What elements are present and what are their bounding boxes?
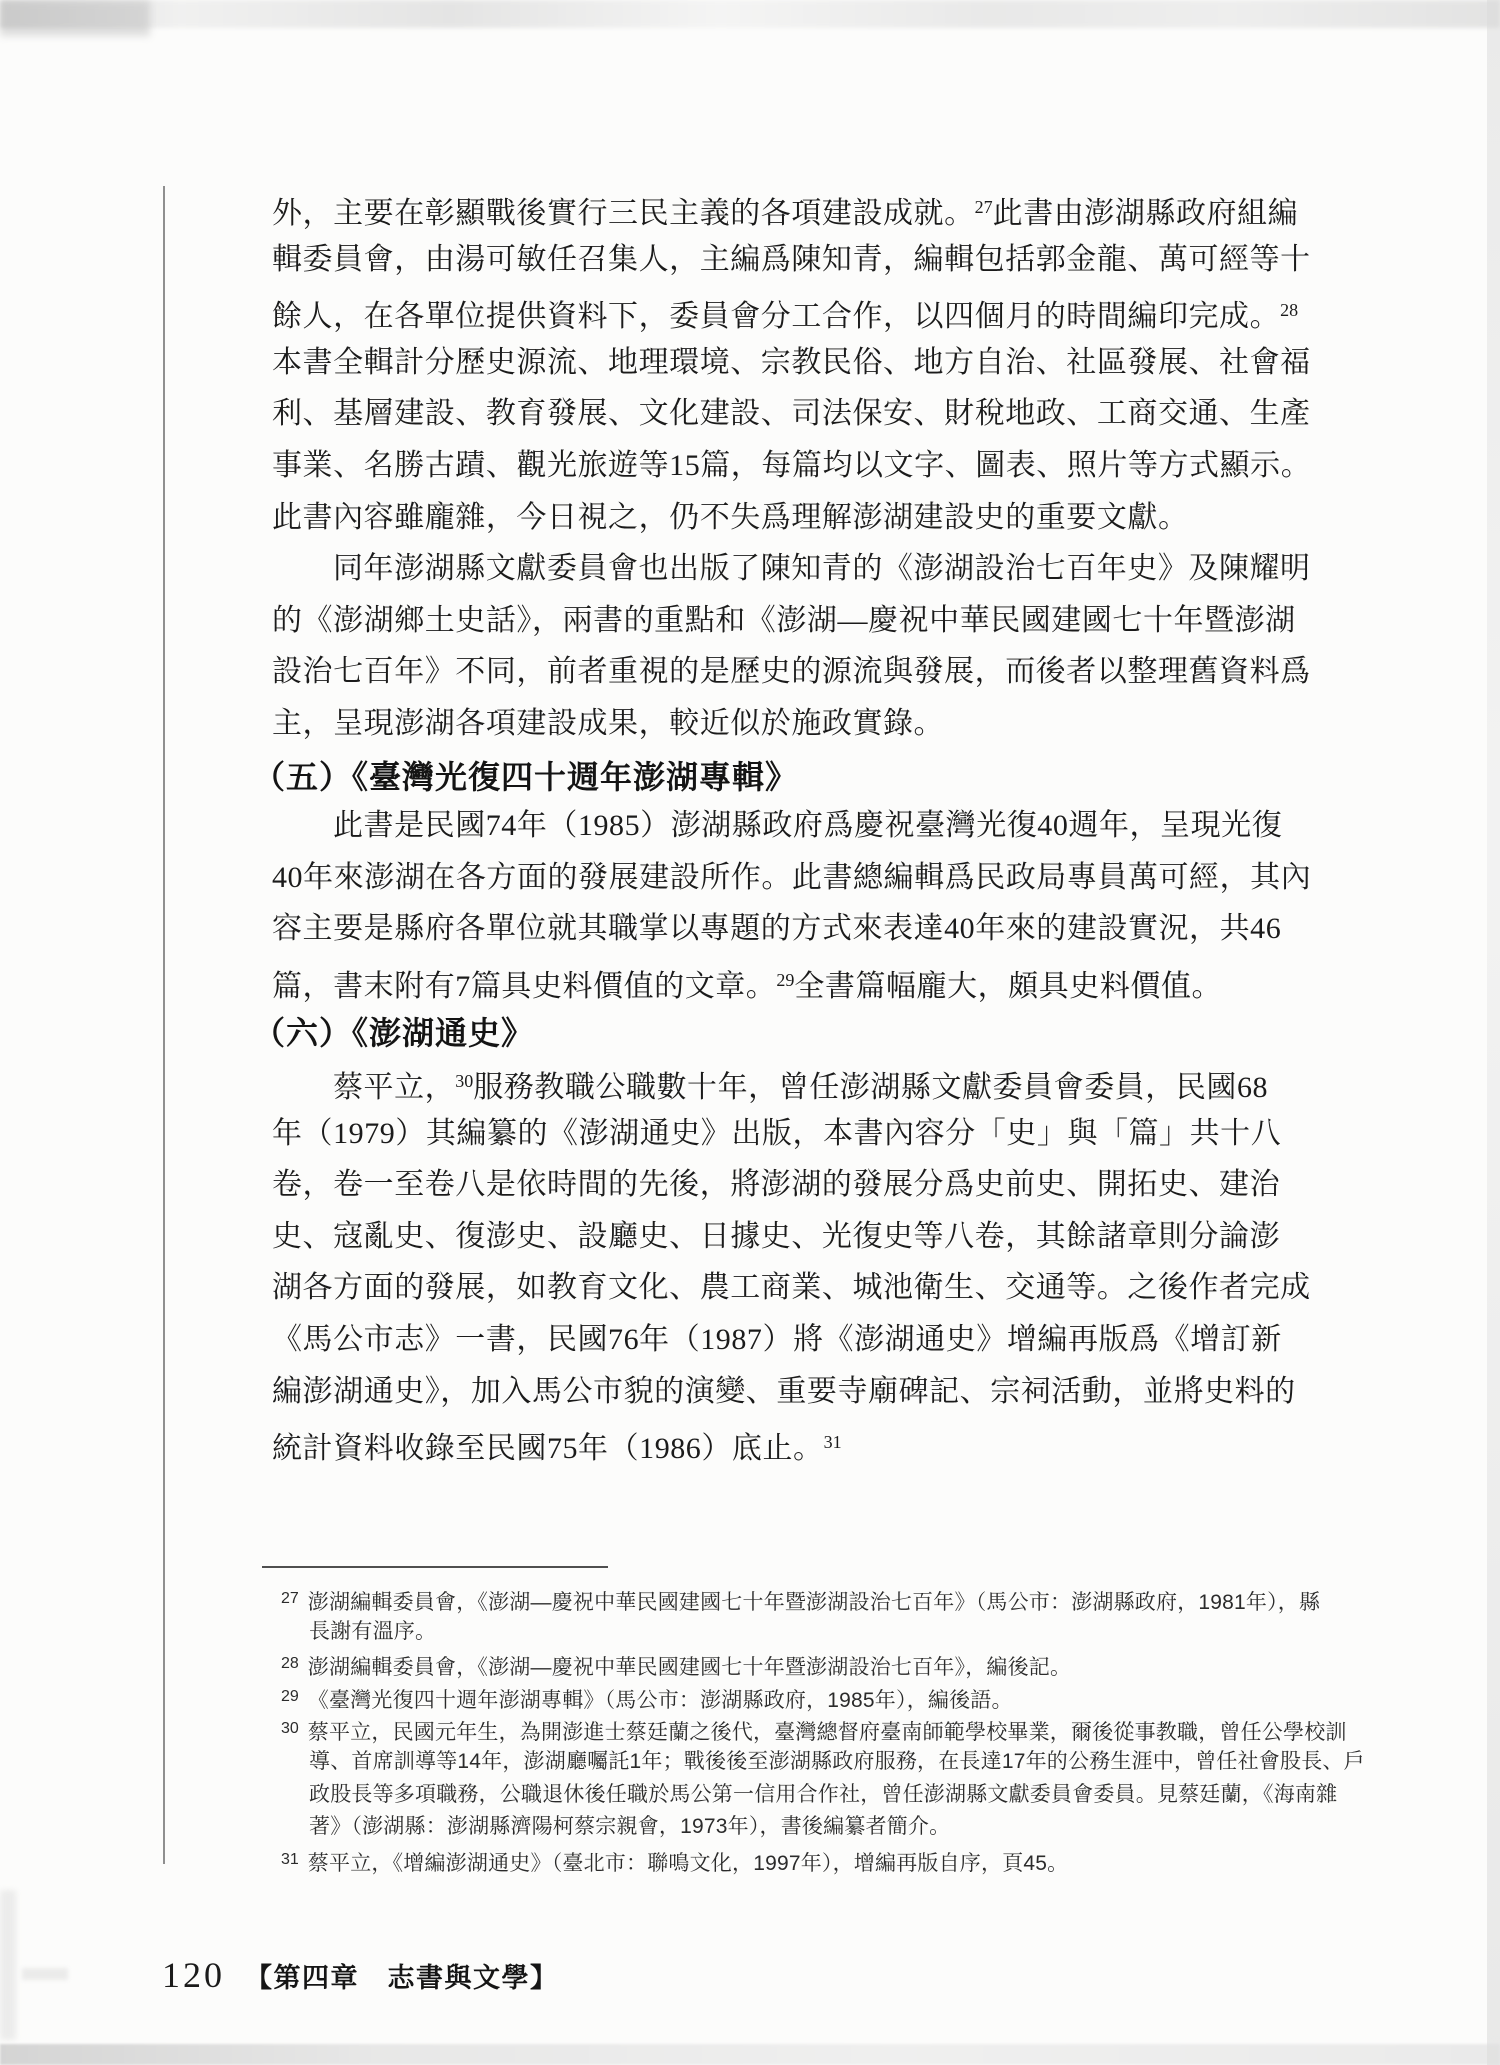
text-line: 31蔡平立，《增編澎湖通史》（臺北市：聯鳴文化，1997年），增編再版自序，頁4…: [281, 1844, 1371, 1877]
text-line: 《馬公市志》一書，民國76年（1987）將《澎湖通史》增編再版爲《增訂新: [272, 1314, 1328, 1366]
text-segment: 此書內容雖龐雜，今日視之，仍不失爲理解澎湖建設史的重要文獻。: [272, 501, 1189, 534]
footnote-reference: 31: [824, 1432, 842, 1452]
footnote-reference: 31: [281, 1851, 299, 1868]
text-segment: 著》（澎湖縣：澎湖縣濟陽柯蔡宗親會，1973年），書後編纂者簡介。: [309, 1815, 950, 1838]
text-line: 統計資料收錄至民國75年（1986）底止。31: [272, 1417, 1328, 1469]
text-segment: 編澎湖通史》，加入馬公市貌的演變、重要寺廟碑記、宗祠活動，並將史料的: [272, 1375, 1296, 1408]
text-line: 湖各方面的發展，如教育文化、農工商業、城池衛生、交通等。之後作者完成: [272, 1262, 1328, 1314]
text-line: 外，主要在彰顯戰後實行三民主義的各項建設成就。27此書由澎湖縣政府組編: [272, 182, 1328, 234]
text-segment: 此書是民國74年（1985）澎湖縣政府爲慶祝臺灣光復40週年，呈現光復: [333, 809, 1282, 842]
text-line: 長謝有溫序。: [281, 1616, 1371, 1649]
text-line: 28澎湖編輯委員會，《澎湖—慶祝中華民國建國七十年暨澎湖設治七百年》，編後記。: [281, 1648, 1371, 1681]
text-segment: 年（1979）其編纂的《澎湖通史》出版，本書內容分「史」與「篇」共十八: [272, 1117, 1281, 1150]
text-segment: 篇，書末附有7篇具史料價值的文章。: [272, 970, 776, 1003]
left-margin-rule: [163, 186, 165, 1864]
text-line: 設治七百年》不同，前者重視的是歷史的源流與發展，而後者以整理舊資料爲: [272, 646, 1328, 698]
text-line: 史、寇亂史、復澎史、設廳史、日據史、光復史等八卷，其餘諸章則分論澎: [272, 1211, 1328, 1263]
text-line: 卷，卷一至卷八是依時間的先後，將澎湖的發展分爲史前史、開拓史、建治: [272, 1159, 1328, 1211]
scan-artifact-left-smudge: [0, 1890, 16, 2040]
footnote-reference: 28: [1280, 300, 1298, 320]
body-paragraphs-intro: 外，主要在彰顯戰後實行三民主義的各項建設成就。27此書由澎湖縣政府組編輯委員會，…: [272, 182, 1328, 750]
text-line: 篇，書末附有7篇具史料價值的文章。29全書篇幅龐大，頗具史料價值。: [272, 955, 1328, 1007]
text-line: 的《澎湖鄉土史話》，兩書的重點和《澎湖—慶祝中華民國建國七十年暨澎湖: [272, 595, 1328, 647]
text-line: 導、首席訓導等14年，澎湖廳囑託1年；戰後後至澎湖縣政府服務，在長達17年的公務…: [281, 1746, 1371, 1779]
scan-artifact-top-left: [0, 0, 150, 36]
text-segment: 的《澎湖鄉土史話》，兩書的重點和《澎湖—慶祝中華民國建國七十年暨澎湖: [272, 604, 1296, 637]
text-line: 40年來澎湖在各方面的發展建設所作。此書總編輯爲民政局專員萬可經，其內: [272, 852, 1328, 904]
text-segment: 餘人，在各單位提供資料下，委員會分工合作，以四個月的時間編印完成。: [272, 300, 1280, 333]
text-segment: 利、基層建設、教育發展、文化建設、司法保安、財稅地政、工商交通、生產: [272, 397, 1311, 430]
text-segment: 此書由澎湖縣政府組編: [993, 197, 1299, 230]
page-footer: 120 【第四章 志書與文學】: [162, 1953, 559, 2005]
text-segment: 事業、名勝古蹟、觀光旅遊等15篇，每篇均以文字、圖表、照片等方式顯示。: [272, 449, 1311, 482]
text-segment: 外，主要在彰顯戰後實行三民主義的各項建設成就。: [272, 197, 975, 230]
text-segment: 設治七百年》不同，前者重視的是歷史的源流與發展，而後者以整理舊資料爲: [272, 655, 1311, 688]
text-line: 此書是民國74年（1985）澎湖縣政府爲慶祝臺灣光復40週年，呈現光復: [272, 800, 1328, 852]
page-number: 120: [162, 1955, 225, 1995]
text-segment: 蔡平立，民國元年生，為開澎進士蔡廷蘭之後代，臺灣總督府臺南師範學校畢業，爾後從事…: [308, 1721, 1347, 1744]
text-segment: 史、寇亂史、復澎史、設廳史、日據史、光復史等八卷，其餘諸章則分論澎: [272, 1220, 1280, 1253]
text-line: 30蔡平立，民國元年生，為開澎進士蔡廷蘭之後代，臺灣總督府臺南師範學校畢業，爾後…: [281, 1713, 1371, 1746]
text-line: 利、基層建設、教育發展、文化建設、司法保安、財稅地政、工商交通、生產: [272, 388, 1328, 440]
text-line: 蔡平立，30服務教職公職數十年，曾任澎湖縣文獻委員會委員，民國68: [272, 1056, 1328, 1108]
text-line: 容主要是縣府各單位就其職掌以專題的方式來表達40年來的建設實況，共46: [272, 903, 1328, 955]
scan-artifact-bottom-band: [0, 2044, 1500, 2065]
text-line: 主，呈現澎湖各項建設成果，較近似於施政實錄。: [272, 698, 1328, 750]
scan-artifact-smudge: [22, 1968, 68, 1980]
text-segment: 同年澎湖縣文獻委員會也出版了陳知青的《澎湖設治七百年史》及陳耀明: [333, 552, 1311, 585]
footnote-reference: 27: [975, 197, 993, 217]
footnote-reference: 27: [281, 1590, 299, 1607]
footnote-reference: 28: [281, 1655, 299, 1672]
footnote-reference: 29: [776, 970, 794, 990]
text-segment: 輯委員會，由湯可敏任召集人，主編爲陳知青，編輯包括郭金龍、萬可經等十: [272, 243, 1311, 276]
footnote-reference: 29: [281, 1688, 299, 1705]
text-segment: 澎湖編輯委員會，《澎湖—慶祝中華民國建國七十年暨澎湖設治七百年》（馬公市：澎湖縣…: [308, 1591, 1320, 1614]
text-segment: 容主要是縣府各單位就其職掌以專題的方式來表達40年來的建設實況，共46: [272, 912, 1281, 945]
text-line: 輯委員會，由湯可敏任召集人，主編爲陳知青，編輯包括郭金龍、萬可經等十: [272, 234, 1328, 286]
text-line: 此書內容雖龐雜，今日視之，仍不失爲理解澎湖建設史的重要文獻。: [272, 492, 1328, 544]
text-segment: 40年來澎湖在各方面的發展建設所作。此書總編輯爲民政局專員萬可經，其內: [272, 861, 1311, 894]
scan-artifact-right-edge: [1487, 0, 1500, 2065]
footnote-reference: 30: [281, 1720, 299, 1737]
text-segment: 服務教職公職數十年，曾任澎湖縣文獻委員會委員，民國68: [473, 1071, 1268, 1104]
text-line: 年（1979）其編纂的《澎湖通史》出版，本書內容分「史」與「篇」共十八: [272, 1108, 1328, 1160]
text-segment: 《馬公市志》一書，民國76年（1987）將《澎湖通史》增編再版爲《增訂新: [272, 1323, 1282, 1356]
text-line: 政股長等多項職務，公職退休後任職於馬公第一信用合作社，曾任澎湖縣文獻委員會委員。…: [281, 1779, 1371, 1812]
text-line: 27澎湖編輯委員會，《澎湖—慶祝中華民國建國七十年暨澎湖設治七百年》（馬公市：澎…: [281, 1583, 1371, 1616]
text-line: 餘人，在各單位提供資料下，委員會分工合作，以四個月的時間編印完成。28: [272, 285, 1328, 337]
text-segment: 導、首席訓導等14年，澎湖廳囑託1年；戰後後至澎湖縣政府服務，在長達17年的公務…: [309, 1750, 1365, 1773]
scanned-book-page: 外，主要在彰顯戰後實行三民主義的各項建設成就。27此書由澎湖縣政府組編輯委員會，…: [0, 0, 1500, 2065]
body-paragraphs-section5: 此書是民國74年（1985）澎湖縣政府爲慶祝臺灣光復40週年，呈現光復40年來澎…: [272, 800, 1328, 1006]
text-line: 著》（澎湖縣：澎湖縣濟陽柯蔡宗親會，1973年），書後編纂者簡介。: [281, 1811, 1371, 1844]
footnote-reference: 30: [455, 1071, 473, 1091]
footnotes-list: 27澎湖編輯委員會，《澎湖—慶祝中華民國建國七十年暨澎湖設治七百年》（馬公市：澎…: [281, 1583, 1371, 1876]
text-segment: 主，呈現澎湖各項建設成果，較近似於施政實錄。: [272, 707, 944, 740]
text-segment: 蔡平立，: [333, 1071, 455, 1104]
text-segment: 《臺灣光復四十週年澎湖專輯》（馬公市：澎湖縣政府，1985年），編後語。: [308, 1689, 1013, 1712]
scan-artifact-top-band: [0, 0, 1500, 28]
text-segment: 澎湖編輯委員會，《澎湖—慶祝中華民國建國七十年暨澎湖設治七百年》，編後記。: [308, 1656, 1071, 1679]
text-line: 同年澎湖縣文獻委員會也出版了陳知青的《澎湖設治七百年史》及陳耀明: [272, 543, 1328, 595]
section-heading-5: （五）《臺灣光復四十週年澎湖專輯》: [253, 751, 798, 803]
footnote-separator: [262, 1566, 608, 1568]
section-heading-6: （六）《澎湖通史》: [253, 1007, 534, 1059]
text-line: 編澎湖通史》，加入馬公市貌的演變、重要寺廟碑記、宗祠活動，並將史料的: [272, 1366, 1328, 1418]
text-segment: 統計資料收錄至民國75年（1986）底止。: [272, 1432, 824, 1465]
text-segment: 長謝有溫序。: [309, 1620, 436, 1643]
text-segment: 湖各方面的發展，如教育文化、農工商業、城池衛生、交通等。之後作者完成: [272, 1271, 1311, 1304]
chapter-title: 【第四章 志書與文學】: [245, 1963, 559, 1993]
text-segment: 本書全輯計分歷史源流、地理環境、宗教民俗、地方自治、社區發展、社會福: [272, 346, 1311, 379]
text-line: 本書全輯計分歷史源流、地理環境、宗教民俗、地方自治、社區發展、社會福: [272, 337, 1328, 389]
text-line: 29《臺灣光復四十週年澎湖專輯》（馬公市：澎湖縣政府，1985年），編後語。: [281, 1681, 1371, 1714]
text-segment: 全書篇幅龐大，頗具史料價值。: [794, 970, 1222, 1003]
body-paragraphs-section6: 蔡平立，30服務教職公職數十年，曾任澎湖縣文獻委員會委員，民國68年（1979）…: [272, 1056, 1328, 1469]
text-segment: 卷，卷一至卷八是依時間的先後，將澎湖的發展分爲史前史、開拓史、建治: [272, 1168, 1280, 1201]
text-segment: 政股長等多項職務，公職退休後任職於馬公第一信用合作社，曾任澎湖縣文獻委員會委員。…: [309, 1783, 1337, 1806]
text-segment: 蔡平立，《增編澎湖通史》（臺北市：聯鳴文化，1997年），增編再版自序，頁45。: [308, 1852, 1069, 1875]
text-line: 事業、名勝古蹟、觀光旅遊等15篇，每篇均以文字、圖表、照片等方式顯示。: [272, 440, 1328, 492]
